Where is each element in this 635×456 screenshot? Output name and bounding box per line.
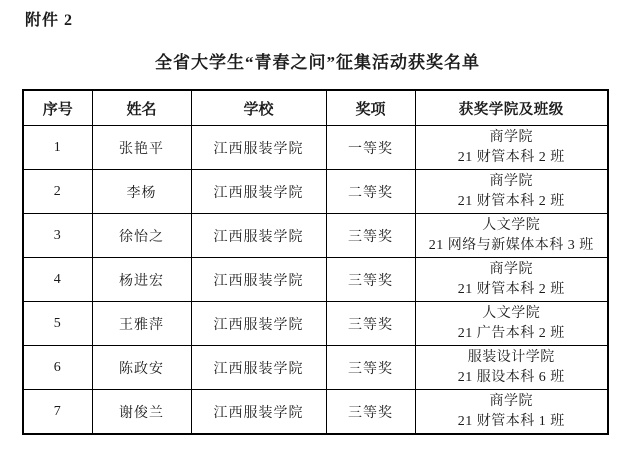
header-cell-college-class: 获奖学院及班级 [415,90,608,126]
cell-school: 江西服装学院 [191,390,326,435]
cell-award: 二等奖 [326,170,415,214]
cell-college-class: 人文学院 21 广告本科 2 班 [415,302,608,346]
cell-school: 江西服装学院 [191,214,326,258]
class-line: 21 财管本科 2 班 [418,148,606,168]
class-line: 21 财管本科 1 班 [418,412,606,432]
cell-no: 7 [23,390,92,435]
class-line: 21 财管本科 2 班 [418,192,606,212]
cell-award: 三等奖 [326,346,415,390]
cell-award: 三等奖 [326,302,415,346]
college-line: 商学院 [418,260,606,280]
college-line: 人文学院 [418,304,606,324]
attachment-label: 附件 2 [25,7,73,30]
table-row: 1 张艳平 江西服装学院 一等奖 商学院 21 财管本科 2 班 [23,126,608,170]
table-row: 6 陈政安 江西服装学院 三等奖 服装设计学院 21 服设本科 6 班 [23,346,608,390]
cell-no: 3 [23,214,92,258]
cell-no: 5 [23,302,92,346]
cell-name: 李杨 [92,170,191,214]
table-row: 3 徐怡之 江西服装学院 三等奖 人文学院 21 网络与新媒体本科 3 班 [23,214,608,258]
cell-school: 江西服装学院 [191,170,326,214]
class-line: 21 服设本科 6 班 [418,368,606,388]
class-line: 21 广告本科 2 班 [418,324,606,344]
table-row: 2 李杨 江西服装学院 二等奖 商学院 21 财管本科 2 班 [23,170,608,214]
cell-school: 江西服装学院 [191,346,326,390]
table-row: 4 杨进宏 江西服装学院 三等奖 商学院 21 财管本科 2 班 [23,258,608,302]
cell-no: 1 [23,126,92,170]
header-cell-no: 序号 [23,90,92,126]
cell-no: 4 [23,258,92,302]
cell-school: 江西服装学院 [191,258,326,302]
cell-award: 三等奖 [326,390,415,435]
awards-table: 序号 姓名 学校 奖项 获奖学院及班级 1 张艳平 江西服装学院 一等奖 商学院… [22,89,609,435]
cell-name: 张艳平 [92,126,191,170]
cell-college-class: 商学院 21 财管本科 2 班 [415,126,608,170]
table-row: 7 谢俊兰 江西服装学院 三等奖 商学院 21 财管本科 1 班 [23,390,608,435]
header-cell-award: 奖项 [326,90,415,126]
college-line: 商学院 [418,128,606,148]
cell-name: 徐怡之 [92,214,191,258]
cell-college-class: 商学院 21 财管本科 2 班 [415,258,608,302]
cell-no: 2 [23,170,92,214]
cell-school: 江西服装学院 [191,126,326,170]
class-line: 21 财管本科 2 班 [418,280,606,300]
cell-name: 谢俊兰 [92,390,191,435]
table-row: 5 王雅萍 江西服装学院 三等奖 人文学院 21 广告本科 2 班 [23,302,608,346]
college-line: 服装设计学院 [418,348,606,368]
college-line: 人文学院 [418,216,606,236]
cell-college-class: 人文学院 21 网络与新媒体本科 3 班 [415,214,608,258]
cell-name: 陈政安 [92,346,191,390]
college-line: 商学院 [418,172,606,192]
college-line: 商学院 [418,392,606,412]
class-line: 21 网络与新媒体本科 3 班 [418,236,606,256]
cell-award: 一等奖 [326,126,415,170]
header-cell-school: 学校 [191,90,326,126]
cell-name: 杨进宏 [92,258,191,302]
page-title: 全省大学生“青春之问”征集活动获奖名单 [0,48,635,73]
cell-college-class: 商学院 21 财管本科 2 班 [415,170,608,214]
cell-school: 江西服装学院 [191,302,326,346]
table-header-row: 序号 姓名 学校 奖项 获奖学院及班级 [23,90,608,126]
cell-award: 三等奖 [326,258,415,302]
cell-college-class: 商学院 21 财管本科 1 班 [415,390,608,435]
cell-college-class: 服装设计学院 21 服设本科 6 班 [415,346,608,390]
cell-award: 三等奖 [326,214,415,258]
cell-no: 6 [23,346,92,390]
cell-name: 王雅萍 [92,302,191,346]
header-cell-name: 姓名 [92,90,191,126]
